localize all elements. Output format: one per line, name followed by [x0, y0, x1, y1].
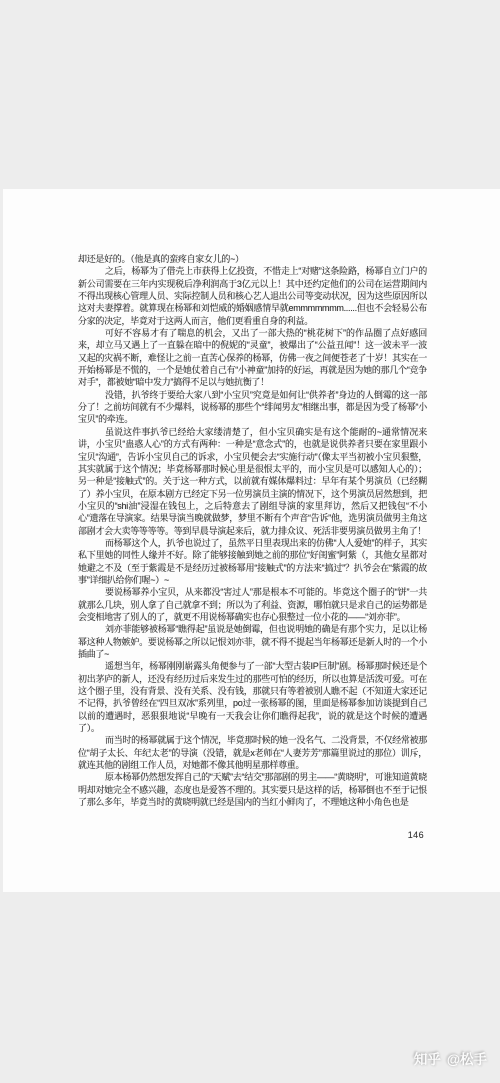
zhihu-logo-text: 知乎 [414, 1048, 441, 1068]
page-number: 146 [408, 830, 424, 840]
paragraph: 没错，扒爷终于要给大家八到“小宝贝”究竟是如何让“供养者”身边的人倒霉的这一部分… [78, 389, 427, 426]
paragraph: 而杨幂这个人，扒爷也说过了，虽然平日里表现出来的仿佛“人人爱她”的样子，其实私下… [78, 537, 427, 586]
page-text: 却还是好的。（他是真的蛮疼自家女儿的~）之后，杨幂为了借壳上市获得上亿投资，不惜… [78, 253, 427, 808]
paragraph: 遥想当年，杨幂刚刚崭露头角便参与了一部“大型古装IP巨制”剧。杨幂那时候还是个初… [78, 660, 427, 734]
document-page: 却还是好的。（他是真的蛮疼自家女儿的~）之后，杨幂为了借壳上市获得上亿投资，不惜… [3, 189, 500, 892]
paragraph: 却还是好的。（他是真的蛮疼自家女儿的~） [78, 253, 427, 265]
paragraph: 要说杨幂养小宝贝，从来都没“害过人”那是根本不可能的。毕竟这个圈子的“饼”一共就… [78, 586, 427, 623]
paragraph: 而当时的杨幂就属于这个情况，毕竟那时候的她一没名气、二没背景，不仅经常被那位“胡… [78, 734, 427, 771]
watermark-username: @松手 [447, 1048, 487, 1068]
paragraph: 虽说这件事扒爷已经给大家缕清楚了，但小宝贝确实是有这个能耐的~通常情况来讲，小宝… [78, 426, 427, 537]
paragraph: 可好不容易才有了喘息的机会，又出了一部大热的“桃花树下”的作品圈了点好感回来，却… [78, 327, 427, 389]
zhihu-watermark: 知乎 @松手 [414, 1048, 487, 1068]
paragraph: 原本杨幂仍然想发挥自己的“天赋”去“结交”那部剧的男主——“黄晓明”，可谁知道黄… [78, 771, 427, 808]
paragraph: 之后，杨幂为了借壳上市获得上亿投资，不惜走上“对赌”这条险路，杨幂自立门户的新公… [78, 265, 427, 327]
screenshot-root: 却还是好的。（他是真的蛮疼自家女儿的~）之后，杨幂为了借壳上市获得上亿投资，不惜… [0, 0, 500, 1083]
paragraph: 刘亦菲能够被杨幂“瞧得起”虽说是她倒霉，但也说明她的确是有那个实力，足以让杨幂这… [78, 623, 427, 660]
